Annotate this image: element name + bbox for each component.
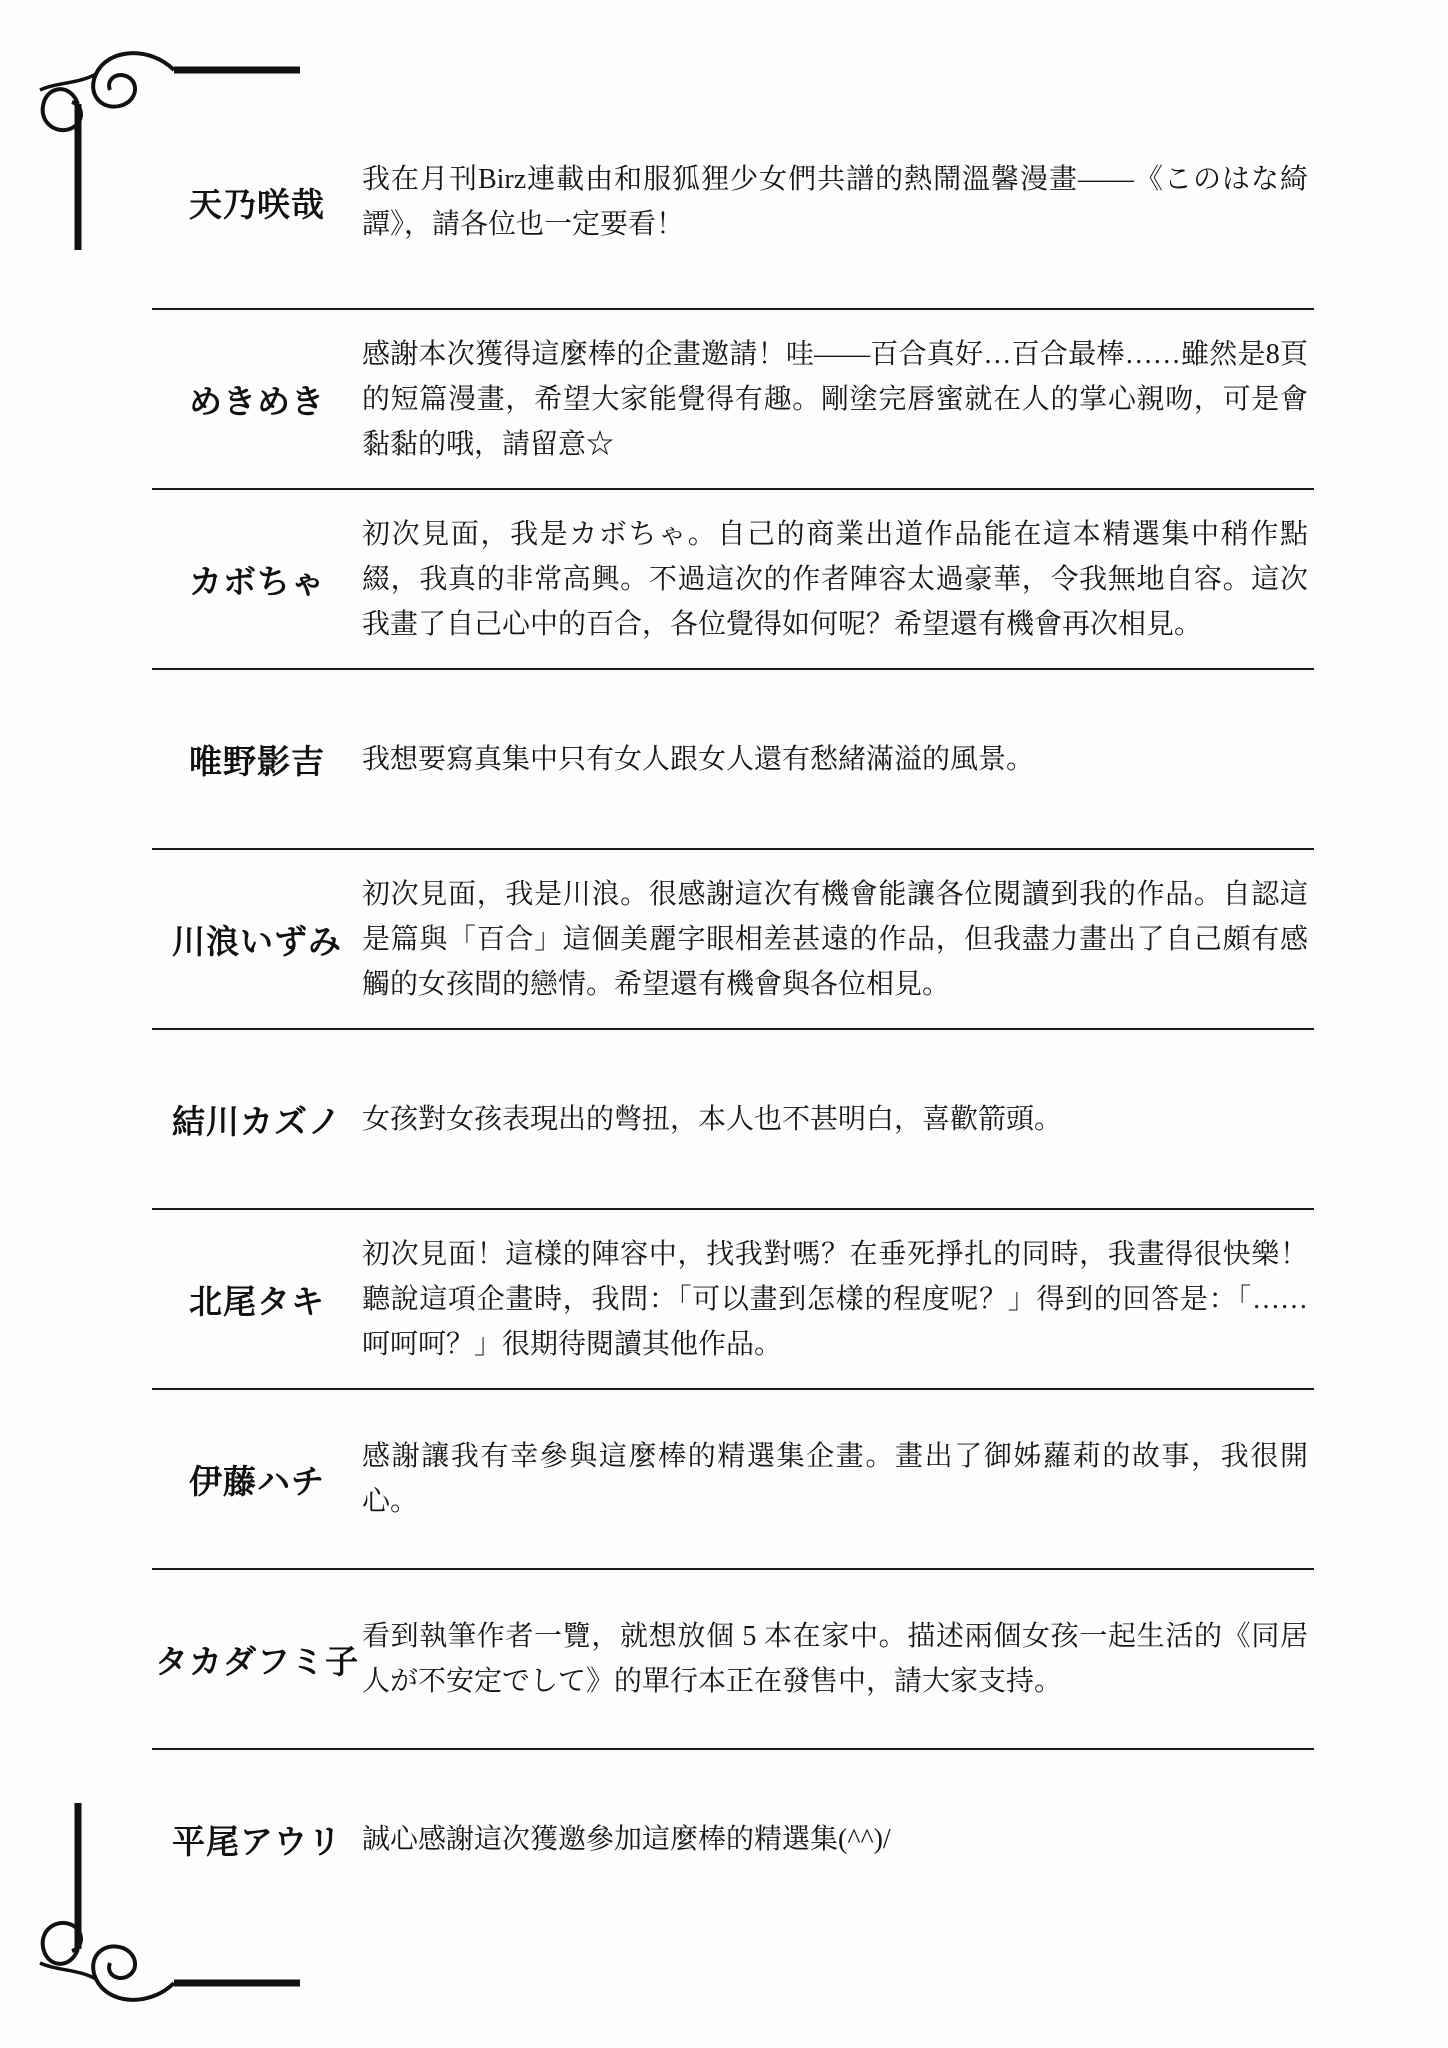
author-sections: 天乃咲哉 我在月刊Birz連載由和服狐狸少女們共譜的熱鬧溫馨漫畫——《このはな綺… [152, 96, 1314, 1928]
author-comment: 誠心感謝這次獲邀參加這麼棒的精選集(^^)/ [362, 1817, 1314, 1862]
author-name: 北尾タキ [152, 1276, 362, 1323]
author-comment: 初次見面！這樣的陣容中，找我對嗎？在垂死掙扎的同時，我畫得很快樂！聽說這項企畫時… [362, 1232, 1314, 1367]
author-comment: 女孩對女孩表現出的彆扭，本人也不甚明白，喜歡箭頭。 [362, 1097, 1314, 1142]
author-name: 伊藤ハチ [152, 1456, 362, 1503]
author-name: めきめき [152, 376, 362, 423]
author-section-row: 結川カズノ 女孩對女孩表現出的彆扭，本人也不甚明白，喜歡箭頭。 [152, 1030, 1314, 1208]
author-comment: 感謝本次獲得這麼棒的企畫邀請！哇——百合真好…百合最棒……雖然是8頁的短篇漫畫，… [362, 332, 1314, 467]
author-name: 平尾アウリ [152, 1816, 362, 1863]
author-section-row: タカダフミ子 看到執筆作者一覽，就想放個 5 本在家中。描述兩個女孩一起生活的《… [152, 1570, 1314, 1748]
author-section-row: 北尾タキ 初次見面！這樣的陣容中，找我對嗎？在垂死掙扎的同時，我畫得很快樂！聽說… [152, 1210, 1314, 1388]
author-section-row: 唯野影吉 我想要寫真集中只有女人跟女人還有愁緒滿溢的風景。 [152, 670, 1314, 848]
author-section-row: 伊藤ハチ 感謝讓我有幸參與這麼棒的精選集企畫。畫出了御姊蘿莉的故事，我很開心。 [152, 1390, 1314, 1568]
author-comment: 感謝讓我有幸參與這麼棒的精選集企畫。畫出了御姊蘿莉的故事，我很開心。 [362, 1434, 1314, 1524]
author-comment: 我在月刊Birz連載由和服狐狸少女們共譜的熱鬧溫馨漫畫——《このはな綺譚》，請各… [362, 157, 1314, 247]
author-name: 川浪いずみ [152, 916, 362, 963]
author-section-row: 川浪いずみ 初次見面，我是川浪。很感謝這次有機會能讓各位閱讀到我的作品。自認這是… [152, 850, 1314, 1028]
author-comment: 初次見面，我是川浪。很感謝這次有機會能讓各位閱讀到我的作品。自認這是篇與「百合」… [362, 872, 1314, 1007]
author-comment: 我想要寫真集中只有女人跟女人還有愁緒滿溢的風景。 [362, 737, 1314, 782]
author-section-row: めきめき 感謝本次獲得這麼棒的企畫邀請！哇——百合真好…百合最棒……雖然是8頁的… [152, 310, 1314, 488]
author-name: 結川カズノ [152, 1096, 362, 1143]
author-name: 唯野影吉 [152, 736, 362, 783]
author-name: タカダフミ子 [152, 1636, 362, 1683]
author-section-row: 平尾アウリ 誠心感謝這次獲邀參加這麼棒的精選集(^^)/ [152, 1750, 1314, 1928]
author-section-row: カボちゃ 初次見面，我是カボちゃ。自己的商業出道作品能在這本精選集中稍作點綴，我… [152, 490, 1314, 668]
author-name: カボちゃ [152, 556, 362, 603]
author-name: 天乃咲哉 [152, 179, 362, 226]
author-comment: 看到執筆作者一覽，就想放個 5 本在家中。描述兩個女孩一起生活的《同居人が不安定… [362, 1614, 1314, 1704]
author-comment: 初次見面，我是カボちゃ。自己的商業出道作品能在這本精選集中稍作點綴，我真的非常高… [362, 512, 1314, 647]
author-section-row: 天乃咲哉 我在月刊Birz連載由和服狐狸少女們共譜的熱鬧溫馨漫畫——《このはな綺… [152, 96, 1314, 308]
